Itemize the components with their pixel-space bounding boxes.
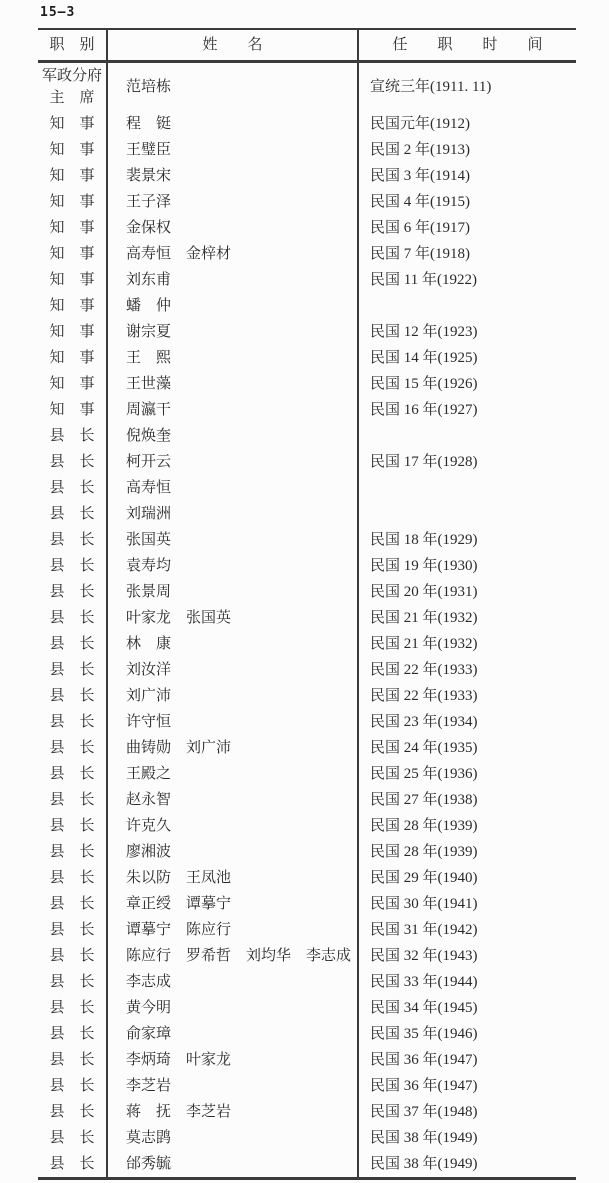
tenure-cell: 民国 32 年(1943) xyxy=(358,943,576,969)
name-cell: 章正绶 谭摹宁 xyxy=(107,891,358,917)
name-cell: 金保权 xyxy=(107,215,358,241)
tenure-cell: 民国元年(1912) xyxy=(358,111,576,137)
position-cell: 县 长 xyxy=(38,865,107,891)
tenure-cell: 民国 12 年(1923) xyxy=(358,319,576,345)
table-row: 县 长袁寿均民国 19 年(1930) xyxy=(38,553,576,579)
position-cell: 知 事 xyxy=(38,397,107,423)
table-row: 县 长许守恒民国 23 年(1934) xyxy=(38,709,576,735)
tenure-cell: 民国 36 年(1947) xyxy=(358,1047,576,1073)
position-cell: 知 事 xyxy=(38,319,107,345)
position-cell: 县 长 xyxy=(38,787,107,813)
table-row: 知 事高寿恒 金梓材民国 7 年(1918) xyxy=(38,241,576,267)
table-row: 知 事程 铤民国元年(1912) xyxy=(38,111,576,137)
name-cell: 谢宗夏 xyxy=(107,319,358,345)
tenure-cell xyxy=(358,293,576,319)
table-row: 知 事王世藻民国 15 年(1926) xyxy=(38,371,576,397)
name-cell: 曲铸勋 刘广沛 xyxy=(107,735,358,761)
position-cell: 军政分府 主 席 xyxy=(38,62,107,112)
table-row: 县 长张景周民国 20 年(1931) xyxy=(38,579,576,605)
position-cell: 县 长 xyxy=(38,943,107,969)
position-cell: 县 长 xyxy=(38,761,107,787)
name-cell: 张国英 xyxy=(107,527,358,553)
name-cell: 倪焕奎 xyxy=(107,423,358,449)
table-row: 军政分府 主 席范培栋宣统三年(1911. 11) xyxy=(38,62,576,112)
position-cell: 县 长 xyxy=(38,449,107,475)
tenure-cell: 民国 37 年(1948) xyxy=(358,1099,576,1125)
name-cell: 王子泽 xyxy=(107,189,358,215)
position-cell: 知 事 xyxy=(38,293,107,319)
position-cell: 县 长 xyxy=(38,1047,107,1073)
tenure-cell: 民国 22 年(1933) xyxy=(358,657,576,683)
name-cell: 刘汝洋 xyxy=(107,657,358,683)
tenure-cell: 民国 19 年(1930) xyxy=(358,553,576,579)
tenure-cell xyxy=(358,475,576,501)
name-cell: 陈应行 罗希哲 刘均华 李志成 xyxy=(107,943,358,969)
table-row: 县 长赵永智民国 27 年(1938) xyxy=(38,787,576,813)
tenure-cell: 民国 25 年(1936) xyxy=(358,761,576,787)
position-cell: 县 长 xyxy=(38,527,107,553)
position-cell: 知 事 xyxy=(38,163,107,189)
position-cell: 县 长 xyxy=(38,995,107,1021)
name-cell: 李芝岩 xyxy=(107,1073,358,1099)
name-cell: 谭摹宁 陈应行 xyxy=(107,917,358,943)
tenure-cell: 民国 15 年(1926) xyxy=(358,371,576,397)
tenure-cell xyxy=(358,501,576,527)
table-row: 县 长张国英民国 18 年(1929) xyxy=(38,527,576,553)
table-row: 县 长柯开云民国 17 年(1928) xyxy=(38,449,576,475)
position-cell: 县 长 xyxy=(38,1021,107,1047)
document-page: 15—3 职 别 姓 名 任 职 时 间 军政分府 主 席范培栋宣统三年(191… xyxy=(0,0,609,1183)
name-cell: 程 铤 xyxy=(107,111,358,137)
position-cell: 县 长 xyxy=(38,813,107,839)
table-row: 县 长叶家龙 张国英民国 21 年(1932) xyxy=(38,605,576,631)
tenure-cell: 民国 7 年(1918) xyxy=(358,241,576,267)
table-row: 县 长章正绶 谭摹宁民国 30 年(1941) xyxy=(38,891,576,917)
table-row: 县 长李炳琦 叶家龙民国 36 年(1947) xyxy=(38,1047,576,1073)
position-cell: 县 长 xyxy=(38,917,107,943)
table-row: 县 长刘汝洋民国 22 年(1933) xyxy=(38,657,576,683)
table-row: 县 长王殿之民国 25 年(1936) xyxy=(38,761,576,787)
tenure-cell: 民国 35 年(1946) xyxy=(358,1021,576,1047)
position-cell: 知 事 xyxy=(38,267,107,293)
table-row: 知 事刘东甫民国 11 年(1922) xyxy=(38,267,576,293)
table-row: 县 长廖湘波民国 28 年(1939) xyxy=(38,839,576,865)
position-cell: 县 长 xyxy=(38,683,107,709)
position-cell: 县 长 xyxy=(38,1125,107,1151)
name-cell: 叶家龙 张国英 xyxy=(107,605,358,631)
tenure-cell: 民国 4 年(1915) xyxy=(358,189,576,215)
table-row: 县 长朱以防 王凤池民国 29 年(1940) xyxy=(38,865,576,891)
position-cell: 县 长 xyxy=(38,553,107,579)
tenure-cell: 民国 21 年(1932) xyxy=(358,605,576,631)
name-cell: 林 康 xyxy=(107,631,358,657)
name-cell: 许克久 xyxy=(107,813,358,839)
position-cell: 县 长 xyxy=(38,1073,107,1099)
tenure-cell: 民国 30 年(1941) xyxy=(358,891,576,917)
table-row: 知 事王璧臣民国 2 年(1913) xyxy=(38,137,576,163)
name-cell: 黄今明 xyxy=(107,995,358,1021)
table-header: 职 别 姓 名 任 职 时 间 xyxy=(38,29,576,62)
table-row: 县 长林 康民国 21 年(1932) xyxy=(38,631,576,657)
name-cell: 王世藻 xyxy=(107,371,358,397)
name-cell: 邰秀毓 xyxy=(107,1151,358,1179)
name-cell: 王 熙 xyxy=(107,345,358,371)
tenure-cell: 民国 34 年(1945) xyxy=(358,995,576,1021)
name-cell: 李炳琦 叶家龙 xyxy=(107,1047,358,1073)
tenure-cell: 民国 29 年(1940) xyxy=(358,865,576,891)
position-cell: 县 长 xyxy=(38,1099,107,1125)
tenure-cell: 民国 23 年(1934) xyxy=(358,709,576,735)
table-row: 县 长谭摹宁 陈应行民国 31 年(1942) xyxy=(38,917,576,943)
tenure-cell: 民国 3 年(1914) xyxy=(358,163,576,189)
position-cell: 县 长 xyxy=(38,709,107,735)
tenure-cell: 民国 36 年(1947) xyxy=(358,1073,576,1099)
tenure-cell: 民国 16 年(1927) xyxy=(358,397,576,423)
name-cell: 莫志鹍 xyxy=(107,1125,358,1151)
position-cell: 县 长 xyxy=(38,501,107,527)
table-row: 知 事裴景宋民国 3 年(1914) xyxy=(38,163,576,189)
tenure-cell: 民国 27 年(1938) xyxy=(358,787,576,813)
table-row: 知 事谢宗夏民国 12 年(1923) xyxy=(38,319,576,345)
column-header-position: 职 别 xyxy=(38,29,107,62)
position-cell: 知 事 xyxy=(38,137,107,163)
tenure-cell xyxy=(358,423,576,449)
name-cell: 高寿恒 xyxy=(107,475,358,501)
position-cell: 县 长 xyxy=(38,423,107,449)
tenure-cell: 民国 38 年(1949) xyxy=(358,1125,576,1151)
table-row: 知 事王 熙民国 14 年(1925) xyxy=(38,345,576,371)
table-row: 县 长李芝岩民国 36 年(1947) xyxy=(38,1073,576,1099)
position-cell: 县 长 xyxy=(38,969,107,995)
tenure-cell: 民国 21 年(1932) xyxy=(358,631,576,657)
table-row: 县 长刘广沛民国 22 年(1933) xyxy=(38,683,576,709)
tenure-cell: 民国 33 年(1944) xyxy=(358,969,576,995)
table-row: 县 长曲铸勋 刘广沛民国 24 年(1935) xyxy=(38,735,576,761)
name-cell: 范培栋 xyxy=(107,62,358,112)
position-cell: 县 长 xyxy=(38,631,107,657)
position-cell: 县 长 xyxy=(38,891,107,917)
tenure-cell: 民国 20 年(1931) xyxy=(358,579,576,605)
tenure-cell: 民国 18 年(1929) xyxy=(358,527,576,553)
tenure-cell: 民国 11 年(1922) xyxy=(358,267,576,293)
position-cell: 县 长 xyxy=(38,839,107,865)
position-cell: 县 长 xyxy=(38,735,107,761)
position-cell: 知 事 xyxy=(38,111,107,137)
name-cell: 张景周 xyxy=(107,579,358,605)
tenure-cell: 民国 17 年(1928) xyxy=(358,449,576,475)
tenure-cell: 民国 28 年(1939) xyxy=(358,813,576,839)
header-row: 职 别 姓 名 任 职 时 间 xyxy=(38,29,576,62)
name-cell: 刘广沛 xyxy=(107,683,358,709)
officials-table: 职 别 姓 名 任 职 时 间 军政分府 主 席范培栋宣统三年(1911. 11… xyxy=(38,28,576,1180)
tenure-cell: 民国 28 年(1939) xyxy=(358,839,576,865)
column-header-tenure: 任 职 时 间 xyxy=(358,29,576,62)
table-row: 县 长刘瑞洲 xyxy=(38,501,576,527)
position-cell: 知 事 xyxy=(38,215,107,241)
name-cell: 蒋 抚 李芝岩 xyxy=(107,1099,358,1125)
name-cell: 廖湘波 xyxy=(107,839,358,865)
table-body: 军政分府 主 席范培栋宣统三年(1911. 11)知 事程 铤民国元年(1912… xyxy=(38,62,576,1179)
position-cell: 县 长 xyxy=(38,475,107,501)
name-cell: 李志成 xyxy=(107,969,358,995)
table-row: 县 长邰秀毓民国 38 年(1949) xyxy=(38,1151,576,1179)
tenure-cell: 民国 22 年(1933) xyxy=(358,683,576,709)
table-row: 知 事金保权民国 6 年(1917) xyxy=(38,215,576,241)
table-row: 县 长俞家璋民国 35 年(1946) xyxy=(38,1021,576,1047)
position-cell: 知 事 xyxy=(38,241,107,267)
table-row: 知 事周瀛干民国 16 年(1927) xyxy=(38,397,576,423)
position-cell: 县 长 xyxy=(38,579,107,605)
table-row: 县 长许克久民国 28 年(1939) xyxy=(38,813,576,839)
position-cell: 县 长 xyxy=(38,657,107,683)
tenure-cell: 民国 24 年(1935) xyxy=(358,735,576,761)
table-row: 知 事蟠 仲 xyxy=(38,293,576,319)
table-row: 县 长莫志鹍民国 38 年(1949) xyxy=(38,1125,576,1151)
table-row: 县 长蒋 抚 李芝岩民国 37 年(1948) xyxy=(38,1099,576,1125)
page-number-label: 15—3 xyxy=(40,5,75,20)
position-cell: 县 长 xyxy=(38,605,107,631)
name-cell: 柯开云 xyxy=(107,449,358,475)
name-cell: 蟠 仲 xyxy=(107,293,358,319)
table-row: 县 长高寿恒 xyxy=(38,475,576,501)
name-cell: 许守恒 xyxy=(107,709,358,735)
tenure-cell: 民国 31 年(1942) xyxy=(358,917,576,943)
name-cell: 朱以防 王凤池 xyxy=(107,865,358,891)
name-cell: 王璧臣 xyxy=(107,137,358,163)
column-header-name: 姓 名 xyxy=(107,29,358,62)
name-cell: 周瀛干 xyxy=(107,397,358,423)
name-cell: 刘东甫 xyxy=(107,267,358,293)
table-row: 县 长倪焕奎 xyxy=(38,423,576,449)
name-cell: 高寿恒 金梓材 xyxy=(107,241,358,267)
tenure-cell: 民国 6 年(1917) xyxy=(358,215,576,241)
tenure-cell: 宣统三年(1911. 11) xyxy=(358,62,576,112)
name-cell: 裴景宋 xyxy=(107,163,358,189)
name-cell: 袁寿均 xyxy=(107,553,358,579)
table-row: 县 长陈应行 罗希哲 刘均华 李志成民国 32 年(1943) xyxy=(38,943,576,969)
tenure-cell: 民国 2 年(1913) xyxy=(358,137,576,163)
tenure-cell: 民国 38 年(1949) xyxy=(358,1151,576,1179)
tenure-cell: 民国 14 年(1925) xyxy=(358,345,576,371)
position-cell: 知 事 xyxy=(38,189,107,215)
position-cell: 县 长 xyxy=(38,1151,107,1179)
name-cell: 刘瑞洲 xyxy=(107,501,358,527)
table-row: 知 事王子泽民国 4 年(1915) xyxy=(38,189,576,215)
position-cell: 知 事 xyxy=(38,371,107,397)
position-cell: 知 事 xyxy=(38,345,107,371)
name-cell: 俞家璋 xyxy=(107,1021,358,1047)
table-row: 县 长黄今明民国 34 年(1945) xyxy=(38,995,576,1021)
name-cell: 王殿之 xyxy=(107,761,358,787)
name-cell: 赵永智 xyxy=(107,787,358,813)
table-row: 县 长李志成民国 33 年(1944) xyxy=(38,969,576,995)
